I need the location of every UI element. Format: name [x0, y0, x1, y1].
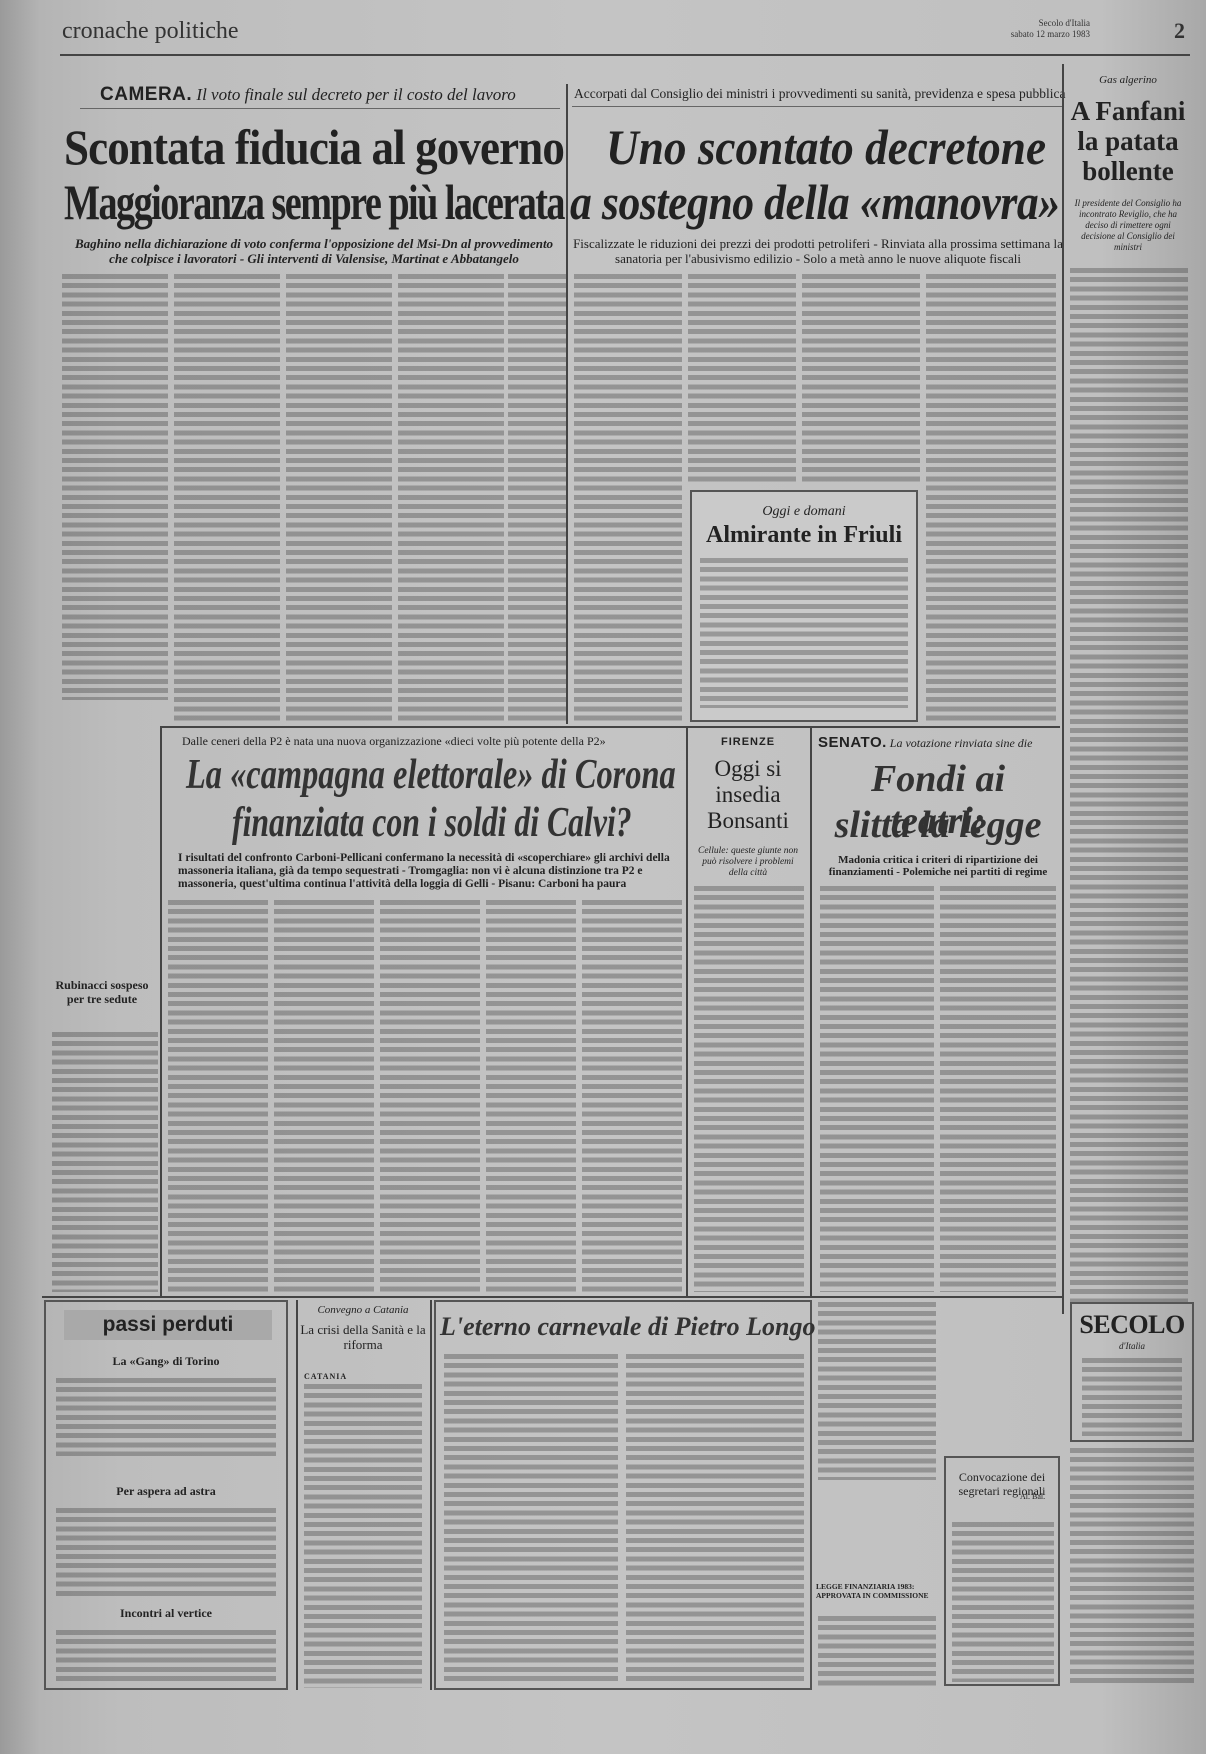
almirante-kicker: Oggi e domani	[692, 504, 916, 520]
secolo-masthead-box: SECOLO d'Italia	[1070, 1302, 1194, 1442]
masthead-text	[1082, 1356, 1182, 1436]
column-divider	[686, 726, 688, 1296]
kicker-rule	[572, 106, 1062, 107]
article-column	[626, 1352, 804, 1684]
article-column	[286, 272, 392, 722]
convegno-headline: La crisi della Sanità e la riforma	[300, 1322, 426, 1352]
kicker-rule	[80, 108, 560, 109]
firenze-kicker: FIRENZE	[690, 736, 806, 748]
passi-item-text	[56, 1376, 276, 1456]
article-column	[398, 272, 504, 722]
article-column	[486, 898, 576, 1292]
headline-calvi: finanziata con i soldi di Calvi?	[232, 800, 632, 846]
article-column	[926, 272, 1056, 722]
kicker-label: SENATO.	[818, 734, 887, 751]
article-column	[818, 1300, 936, 1480]
article-column	[274, 898, 374, 1292]
issue-date: sabato 12 marzo 1983	[980, 29, 1090, 40]
article-column	[574, 272, 682, 722]
column-divider	[810, 726, 812, 1296]
headline-decretone: Uno scontato decretone	[606, 120, 1046, 174]
almirante-headline: Almirante in Friuli	[692, 522, 916, 549]
headline-maggioranza: Maggioranza sempre più lacerata	[64, 175, 564, 229]
article-column	[694, 884, 804, 1292]
fanfani-headline: A Fanfani la patata bollente	[1068, 96, 1188, 186]
senato-kicker: SENATO. La votazione rinviata sine die	[818, 734, 1032, 751]
firenze-subhead: Cellule: queste giunte non può risolvere…	[692, 846, 804, 879]
fanfani-subhead: Il presidente del Consiglio ha incontrat…	[1068, 198, 1188, 253]
column-divider	[160, 726, 162, 1296]
firenze-headline: Oggi si insedia Bonsanti	[690, 756, 806, 834]
headline-legge: slitta la legge	[820, 804, 1056, 846]
convegno-dateline: CATANIA	[304, 1372, 347, 1381]
passi-item-text	[56, 1506, 276, 1596]
subhead-teatri: Madonia critica i criteri di ripartizion…	[818, 854, 1058, 878]
article-column	[952, 1520, 1054, 1682]
headline-fiducia: Scontata fiducia al governo	[64, 120, 564, 174]
secolo-subtitle: d'Italia	[1072, 1340, 1192, 1353]
passi-item-headline: Incontri al vertice	[54, 1606, 278, 1621]
passi-item-text	[56, 1628, 276, 1684]
article-column	[508, 272, 566, 722]
legge-finanziaria-subhead: LEGGE FINANZIARIA 1983: APPROVATA IN COM…	[816, 1582, 936, 1600]
subhead-fiducia: Baghino nella dichiarazione di voto conf…	[64, 236, 564, 266]
corona-kicker: Dalle ceneri della P2 è nata una nuova o…	[182, 734, 606, 749]
article-column	[52, 1030, 158, 1292]
decretone-kicker: Accorpati dal Consiglio dei ministri i p…	[574, 86, 1066, 102]
article-column	[820, 884, 934, 1292]
convegno-kicker: Convegno a Catania	[300, 1304, 426, 1316]
paper-name: Secolo d'Italia	[980, 18, 1090, 29]
camera-kicker: CAMERA. Il voto finale sul decreto per i…	[100, 84, 516, 106]
header-rule	[60, 54, 1190, 56]
article-column	[818, 1614, 936, 1688]
article-column	[940, 884, 1056, 1292]
page-number: 2	[1174, 18, 1185, 44]
article-column	[62, 272, 168, 700]
almirante-text	[700, 556, 908, 708]
secolo-title: SECOLO	[1072, 1310, 1192, 1340]
convocazione-headline: Convocazione dei segretari regionali	[948, 1470, 1056, 1498]
article-column	[1070, 1446, 1194, 1686]
article-column	[688, 272, 796, 484]
article-column	[304, 1382, 422, 1688]
page-info: Secolo d'Italia sabato 12 marzo 1983	[980, 18, 1090, 40]
column-divider	[1062, 64, 1064, 1314]
article-column	[380, 898, 480, 1292]
kicker-text: La votazione rinviata sine die	[890, 736, 1033, 750]
subhead-decretone: Fiscalizzate le riduzioni dei prezzi dei…	[570, 236, 1066, 266]
article-column	[582, 898, 682, 1292]
newspaper-page: cronache politiche Secolo d'Italia sabat…	[0, 0, 1206, 1754]
passi-item-headline: Per aspera ad astra	[54, 1484, 278, 1499]
article-column	[174, 272, 280, 722]
column-divider	[296, 1300, 298, 1690]
rubinacci-headline: Rubinacci sospeso per tre sedute	[52, 978, 152, 1006]
article-column	[1070, 266, 1188, 1306]
article-column	[444, 1352, 618, 1684]
band-rule	[42, 1296, 1062, 1298]
article-column	[802, 272, 920, 484]
kicker-label: CAMERA.	[100, 84, 192, 105]
passi-perduti-title: passi perduti	[64, 1310, 272, 1340]
article-column	[168, 898, 268, 1292]
headline-manovra: a sostegno della «manovra»	[570, 175, 1060, 229]
subhead-corona: I risultati del confronto Carboni-Pellic…	[178, 852, 678, 891]
headline-longo: L'eterno carnevale di Pietro Longo	[440, 1312, 806, 1342]
fanfani-kicker: Gas algerino	[1068, 74, 1188, 86]
band-rule	[160, 726, 1060, 728]
column-divider	[430, 1300, 432, 1690]
passi-item-headline: La «Gang» di Torino	[54, 1354, 278, 1369]
headline-corona: La «campagna elettorale» di Corona	[186, 752, 676, 798]
column-divider	[566, 84, 568, 724]
kicker-text: Il voto finale sul decreto per il costo …	[196, 85, 515, 104]
almirante-box: Oggi e domani Almirante in Friuli	[690, 490, 918, 722]
section-title: cronache politiche	[62, 18, 239, 45]
